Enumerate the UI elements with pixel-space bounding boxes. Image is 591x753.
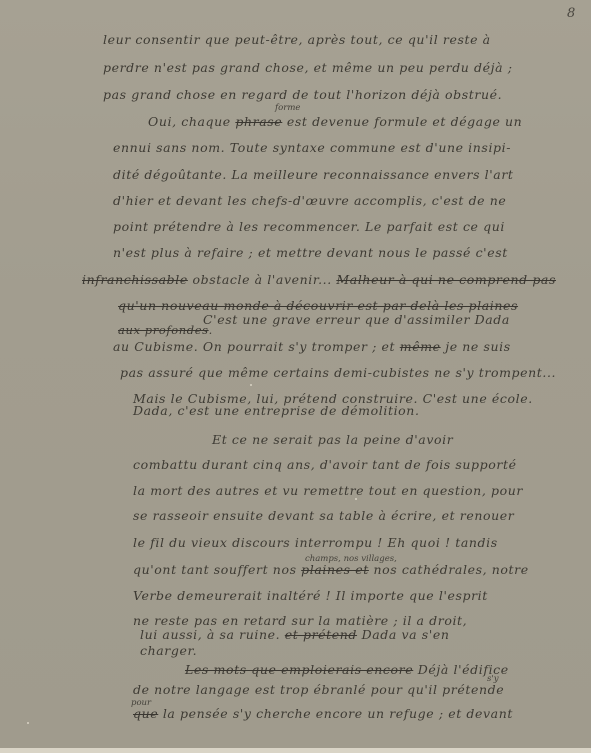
struck-word: même <box>400 339 441 354</box>
manuscript-line: la mort des autres et vu remettre tout e… <box>133 483 523 498</box>
manuscript-line: ne reste pas en retard sur la matière ; … <box>133 613 467 628</box>
manuscript-line: C'est une grave erreur que d'assimiler D… <box>203 312 510 327</box>
struck-phrase: Les mots que emploierais encore <box>185 662 413 677</box>
manuscript-line: le fil du vieux discours interrompu ! Eh… <box>133 535 498 550</box>
manuscript-line: n'est plus à refaire ; et mettre devant … <box>113 245 508 260</box>
paper-speck <box>27 722 29 724</box>
scan-bottom-edge <box>0 748 591 753</box>
manuscript-line: combattu durant cinq ans, d'avoir tant d… <box>133 457 517 472</box>
manuscript-line: se rasseoir ensuite devant sa table à éc… <box>133 508 514 523</box>
manuscript-line: point prétendre à les recommencer. Le pa… <box>113 219 505 234</box>
interlinear-insertion: forme <box>275 103 300 113</box>
manuscript-page: 8 leur consentir que peut-être, après to… <box>0 0 591 748</box>
manuscript-line: au Cubisme. On pourrait s'y tromper ; et… <box>113 339 511 354</box>
manuscript-line: d'hier et devant les chefs-d'œuvre accom… <box>113 193 506 208</box>
manuscript-line: perdre n'est pas grand chose, et même un… <box>103 60 513 75</box>
struck-phrase: et prétend <box>285 627 357 642</box>
manuscript-line: que la pensée s'y cherche encore un refu… <box>133 706 513 721</box>
struck-word: infranchissable <box>82 272 188 287</box>
struck-phrase: aux profondes <box>118 323 209 337</box>
manuscript-line: ennui sans nom. Toute syntaxe commune es… <box>113 140 511 155</box>
manuscript-line: qu'ont tant souffert nos plaines et nos … <box>133 562 529 577</box>
manuscript-line: Et ce ne serait pas la peine d'avoir <box>212 432 453 447</box>
manuscript-line: charger. <box>140 643 197 658</box>
manuscript-line: pas assuré que même certains demi-cubist… <box>120 365 556 380</box>
struck-phrase: Malheur à qui ne comprend pas <box>336 272 556 287</box>
manuscript-line: aux profondes. <box>118 323 213 337</box>
manuscript-line: Verbe demeurerait inaltéré ! Il importe … <box>133 588 488 603</box>
page-number: 8 <box>567 6 575 21</box>
struck-word: plaines et <box>301 562 369 577</box>
struck-word: que <box>133 706 158 721</box>
manuscript-line: pas grand chose en regard de tout l'hori… <box>103 87 502 102</box>
manuscript-line: qu'un nouveau monde à découvrir est par … <box>118 298 518 313</box>
manuscript-line: infranchissable obstacle à l'avenir... M… <box>82 272 556 287</box>
paper-speck <box>250 384 252 386</box>
manuscript-line: Dada, c'est une entreprise de démolition… <box>133 403 420 418</box>
manuscript-line: Les mots que emploierais encore Déjà l'é… <box>185 662 509 677</box>
manuscript-line: dité dégoûtante. La meilleure reconnaiss… <box>113 167 514 182</box>
manuscript-line: leur consentir que peut-être, après tout… <box>103 32 491 47</box>
paper-speck <box>355 498 357 500</box>
manuscript-line: Oui, chaque phrase est devenue formule e… <box>148 114 522 129</box>
struck-phrase: qu'un nouveau monde à découvrir est par … <box>118 298 518 313</box>
manuscript-line: de notre langage est trop ébranlé pour q… <box>133 682 504 697</box>
manuscript-line: lui aussi, à sa ruine. et prétend Dada v… <box>140 627 450 642</box>
struck-word: phrase <box>235 114 282 129</box>
